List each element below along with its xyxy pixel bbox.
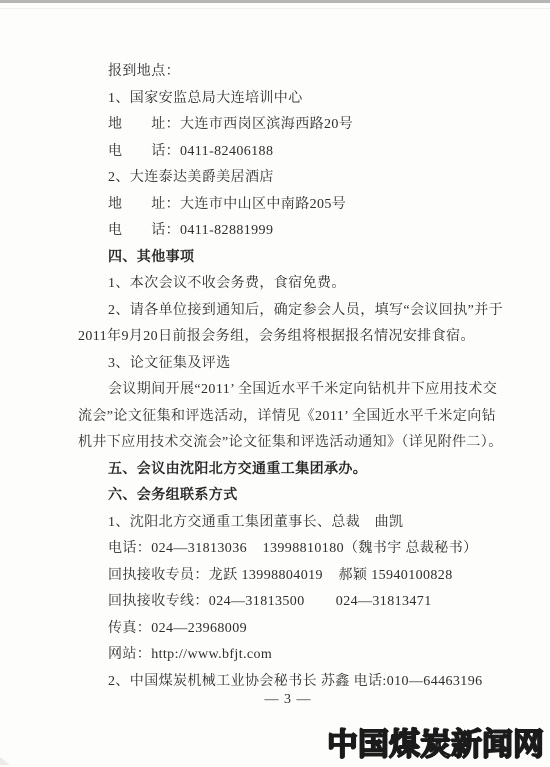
page-number: — 3 — bbox=[78, 692, 498, 708]
document-line: 传真：024—23968009 bbox=[78, 616, 508, 643]
document-line: 网站：http://www.bfjt.com bbox=[78, 642, 508, 669]
scan-edge-top bbox=[0, 0, 550, 3]
document-line: 回执接收专线：024—31813500 024—31813471 bbox=[78, 589, 508, 616]
document-line: 回执接收专员：龙跃 13998804019 郝颖 15940100828 bbox=[78, 563, 508, 590]
document-line: 五、会议由沈阳北方交通重工集团承办。 bbox=[78, 457, 508, 484]
document-line: 会议期间开展“2011’ 全国近水平千米定向钻机井下应用技术交 bbox=[78, 377, 508, 404]
document-line: 六、会务组联系方式 bbox=[78, 483, 508, 510]
document-line: 地 址：大连市西岗区滨海西路20号 bbox=[78, 112, 508, 139]
document-line: 1、沈阳北方交通重工集团董事长、总裁 曲凯 bbox=[78, 510, 508, 537]
document-line: 1、本次会议不收会务费，食宿免费。 bbox=[78, 271, 508, 298]
document-line: 2、大连泰达美爵美居酒店 bbox=[78, 165, 508, 192]
scan-artifact-line bbox=[0, 8, 550, 9]
scanned-document-page: 报到地点：1、国家安监总局大连培训中心地 址：大连市西岗区滨海西路20号电 话：… bbox=[0, 0, 550, 767]
document-line: 电话：024—31813036 13998810180（魏书宇 总裁秘书） bbox=[78, 536, 508, 563]
document-line: 1、国家安监总局大连培训中心 bbox=[78, 86, 508, 113]
watermark-china-coal-news: 中国煤炭新闻网 bbox=[327, 719, 544, 764]
document-line: 电 话：0411-82406188 bbox=[78, 139, 508, 166]
document-line: 2、请各单位接到通知后，确定参会人员，填写“会议回执”并于 bbox=[78, 298, 508, 325]
document-line: 机井下应用技术交流会”论文征集和评选活动通知》（详见附件二）。 bbox=[78, 430, 508, 457]
document-line: 电 话：0411-82881999 bbox=[78, 218, 508, 245]
scan-corner-artifact bbox=[0, 757, 10, 765]
document-body: 报到地点：1、国家安监总局大连培训中心地 址：大连市西岗区滨海西路20号电 话：… bbox=[78, 59, 508, 695]
document-line: 四、其他事项 bbox=[78, 245, 508, 272]
document-line: 2011年9月20日前报会务组，会务组将根据报名情况安排食宿。 bbox=[78, 324, 508, 351]
document-line: 地 址：大连市中山区中南路205号 bbox=[78, 192, 508, 219]
document-line: 流会”论文征集和评选活动，详情见《2011’ 全国近水平千米定向钻 bbox=[78, 404, 508, 431]
document-line: 3、论文征集及评选 bbox=[78, 351, 508, 378]
document-line: 报到地点： bbox=[78, 59, 508, 86]
